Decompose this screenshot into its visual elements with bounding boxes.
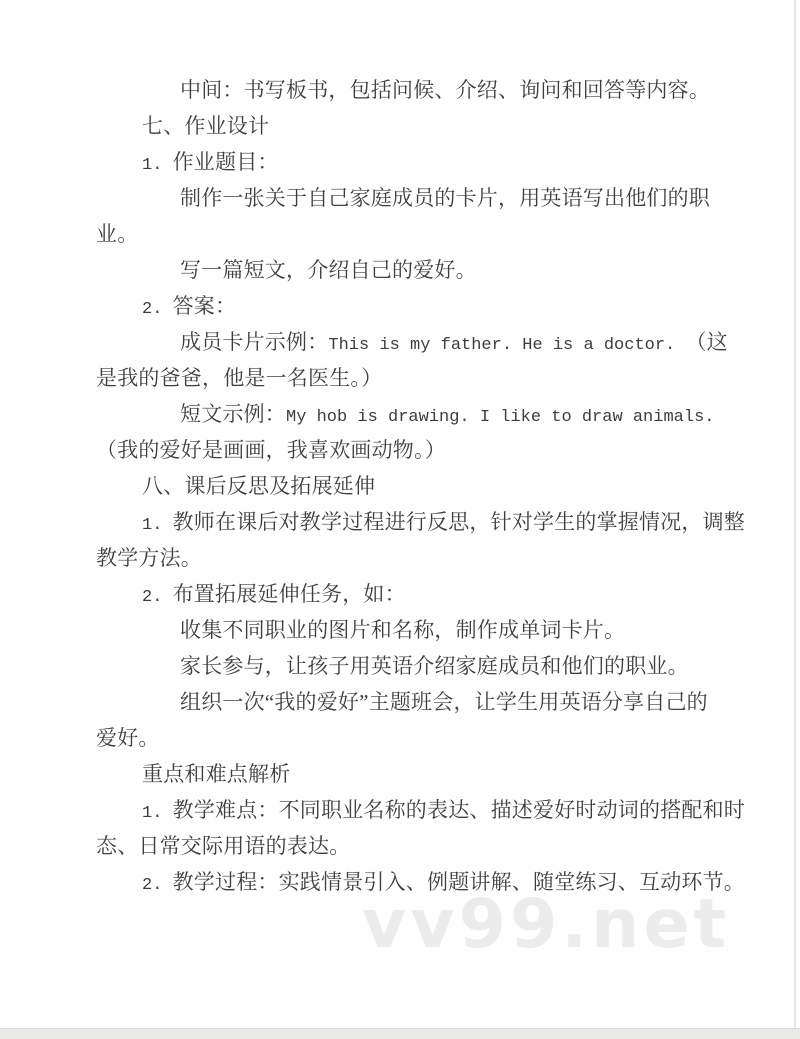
latin-text-segment: 1.	[142, 156, 173, 175]
text-line: 七、作业设计	[96, 108, 756, 144]
document-page: 中间：书写板书，包括问候、介绍、询问和回答等内容。七、作业设计1. 作业题目：制…	[0, 0, 800, 1039]
text-line: 家长参与，让孩子用英语介绍家庭成员和他们的职业。	[96, 648, 756, 684]
watermark: vv99.net	[362, 891, 730, 959]
text-line: 重点和难点解析	[96, 756, 756, 792]
text-line: 八、课后反思及拓展延伸	[96, 468, 756, 504]
latin-text-segment: 1.	[142, 804, 173, 823]
text-line: 短文示例：My hob is drawing. I like to draw a…	[96, 396, 756, 432]
text-line: 教学方法。	[96, 540, 756, 576]
text-line: 组织一次“我的爱好”主题班会，让学生用英语分享自己的	[96, 684, 756, 720]
text-line: 2. 答案：	[96, 288, 756, 324]
text-line: 2. 布置拓展延伸任务，如：	[96, 576, 756, 612]
text-line: 1. 教学难点：不同职业名称的表达、描述爱好时动词的搭配和时	[96, 792, 756, 828]
page-edge-line	[794, 0, 796, 1030]
text-line: 是我的爸爸，他是一名医生。）	[96, 360, 756, 396]
latin-text-segment: This is my father. He is a doctor.	[328, 336, 685, 355]
text-line: 写一篇短文，介绍自己的爱好。	[96, 252, 756, 288]
document-lines: 中间：书写板书，包括问候、介绍、询问和回答等内容。七、作业设计1. 作业题目：制…	[96, 72, 756, 900]
text-line: 爱好。	[96, 720, 756, 756]
text-line: （我的爱好是画画，我喜欢画动物。）	[96, 432, 756, 468]
text-line: 态、日常交际用语的表达。	[96, 828, 756, 864]
text-line: 收集不同职业的图片和名称，制作成单词卡片。	[96, 612, 756, 648]
text-line: 制作一张关于自己家庭成员的卡片，用英语写出他们的职	[96, 180, 756, 216]
text-line: 业。	[96, 216, 756, 252]
text-line: 1. 作业题目：	[96, 144, 756, 180]
latin-text-segment: My hob is drawing. I like to draw animal…	[286, 408, 714, 427]
text-line: 中间：书写板书，包括问候、介绍、询问和回答等内容。	[96, 72, 756, 108]
latin-text-segment: 1.	[142, 516, 173, 535]
latin-text-segment: 2.	[142, 588, 173, 607]
text-line: 1. 教师在课后对教学过程进行反思，针对学生的掌握情况，调整	[96, 504, 756, 540]
bottom-bar	[0, 1028, 800, 1039]
text-line: 成员卡片示例：This is my father. He is a doctor…	[96, 324, 756, 360]
latin-text-segment: 2.	[142, 876, 173, 895]
latin-text-segment: 2.	[142, 300, 173, 319]
